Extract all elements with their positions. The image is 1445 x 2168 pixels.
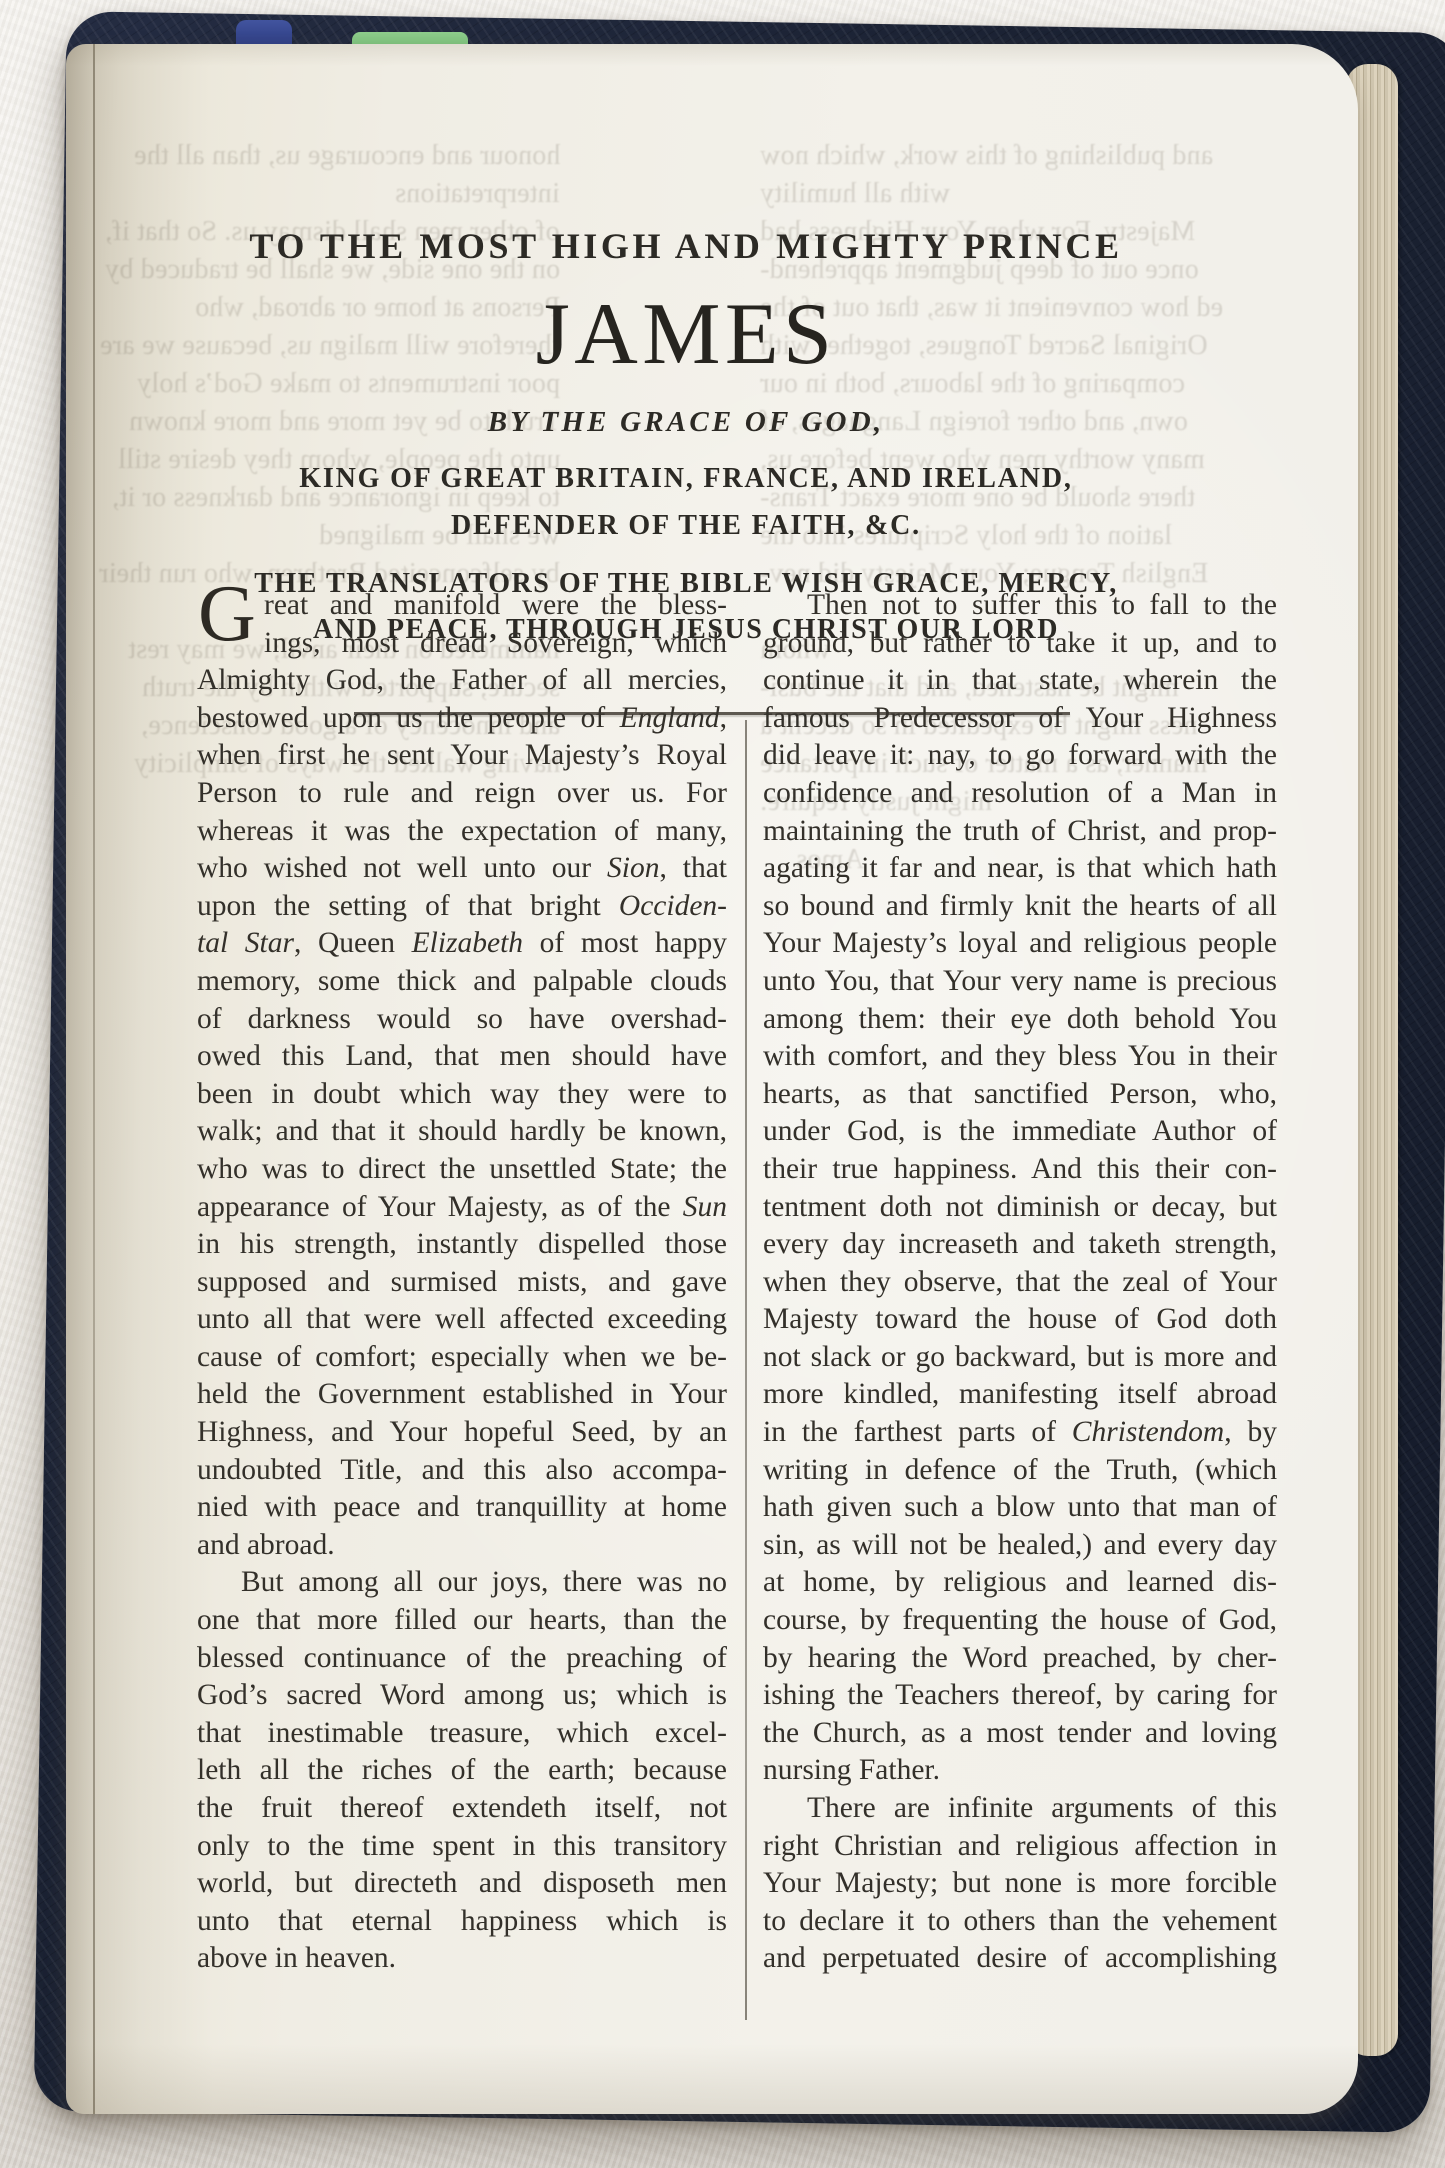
bleed-through-text: and publishing of this work, which now: [760, 140, 1213, 172]
gutter-crease: [93, 44, 95, 2114]
page-bottom-shade: [66, 2044, 1358, 2114]
king-name: JAMES: [144, 284, 1228, 385]
text-line: Majesty toward the house of God doth: [763, 1301, 1277, 1339]
text-line: been in doubt which way they were to: [197, 1076, 727, 1114]
text-line: But among all our joys, there was no: [197, 1564, 727, 1602]
text-line: world, but directeth and disposeth men: [197, 1865, 727, 1903]
text-line: Your Majesty’s loyal and religious peopl…: [763, 925, 1277, 963]
text-line: who wished not well unto our Sion, that: [197, 850, 727, 888]
text-line: so bound and firmly knit the hearts of a…: [763, 888, 1277, 926]
text-line: course, by frequenting the house of God,: [763, 1602, 1277, 1640]
bleed-through-text: with all humility: [760, 178, 950, 210]
text-line: with comfort, and they bless You in thei…: [763, 1038, 1277, 1076]
text-line: that inestimable treasure, which excel-: [197, 1715, 727, 1753]
text-line: tal Star, Queen Elizabeth of most happy: [197, 925, 727, 963]
text-line: the fruit thereof extendeth itself, not: [197, 1790, 727, 1828]
book-page: honour and encourage us, than all theint…: [66, 44, 1358, 2114]
text-line: agating it far and near, is that which h…: [763, 850, 1277, 888]
text-line: nied with peace and tranquillity at home: [197, 1489, 727, 1527]
text-line: undoubted Title, and this also accompa-: [197, 1452, 727, 1490]
titles-line-1: KING OF GREAT BRITAIN, FRANCE, AND IRELA…: [144, 463, 1228, 495]
text-line: ishing the Teachers thereof, by caring f…: [763, 1677, 1277, 1715]
text-line: more kindled, manifesting itself abroad: [763, 1376, 1277, 1414]
text-line: sin, as will not be healed,) and every d…: [763, 1527, 1277, 1565]
text-line: Then not to suffer this to fall to the: [763, 587, 1277, 625]
text-line: appearance of Your Majesty, as of the Su…: [197, 1189, 727, 1227]
text-line: continue it in that state, wherein the: [763, 662, 1277, 700]
text-line: reat and manifold were the bless-: [197, 587, 727, 625]
text-line: in the farthest parts of Christendom, by: [763, 1414, 1277, 1452]
text-line: under God, is the immediate Author of: [763, 1113, 1277, 1151]
text-line: upon the setting of that bright Occiden-: [197, 888, 727, 926]
text-line: did leave it: nay, to go forward with th…: [763, 737, 1277, 775]
text-line: famous Predecessor of Your Highness: [763, 700, 1277, 738]
text-line: of darkness would so have overshad-: [197, 1001, 727, 1039]
text-line: held the Government established in Your: [197, 1376, 727, 1414]
text-line: hearts, as that sanctified Person, who,: [763, 1076, 1277, 1114]
text-line: and perpetuated desire of accomplishing: [763, 1940, 1277, 1978]
text-line: memory, some thick and palpable clouds: [197, 963, 727, 1001]
text-line: writing in defence of the Truth, (which: [763, 1452, 1277, 1490]
text-line: owed this Land, that men should have: [197, 1038, 727, 1076]
text-line: Person to rule and reign over us. For: [197, 775, 727, 813]
text-line: among them: their eye doth behold You: [763, 1001, 1277, 1039]
text-line: in his strength, instantly dispelled tho…: [197, 1226, 727, 1264]
column-divider: [745, 720, 747, 2020]
text-line: confidence and resolution of a Man in: [763, 775, 1277, 813]
text-line: when they observe, that the zeal of Your: [763, 1264, 1277, 1302]
text-line: walk; and that it should hardly be known…: [197, 1113, 727, 1151]
text-line: maintaining the truth of Christ, and pro…: [763, 813, 1277, 851]
text-line: cause of comfort; especially when we be-: [197, 1339, 727, 1377]
text-line: one that more filled our hearts, than th…: [197, 1602, 727, 1640]
text-line: the Church, as a most tender and loving: [763, 1715, 1277, 1753]
page-top-shade: [66, 44, 1358, 66]
text-line: God’s sacred Word among us; which is: [197, 1677, 727, 1715]
text-line: ground, but rather to take it up, and to: [763, 625, 1277, 663]
text-line: There are infinite arguments of this: [763, 1790, 1277, 1828]
right-column: Then not to suffer this to fall to thegr…: [763, 587, 1277, 1978]
text-line: unto all that were well affected exceedi…: [197, 1301, 727, 1339]
bleed-through-text: interpretations: [395, 178, 560, 210]
text-line: supposed and surmised mists, and gave: [197, 1264, 727, 1302]
text-line: hath given such a blow unto that man of: [763, 1489, 1277, 1527]
text-line: their true happiness. And this their con…: [763, 1151, 1277, 1189]
text-line: only to the time spent in this transitor…: [197, 1828, 727, 1866]
text-line: tentment doth not diminish or decay, but: [763, 1189, 1277, 1227]
text-line: blessed continuance of the preaching of: [197, 1640, 727, 1678]
text-line: Your Majesty; but none is more forcible: [763, 1865, 1277, 1903]
text-line: leth all the riches of the earth; becaus…: [197, 1752, 727, 1790]
text-line: not slack or go backward, but is more an…: [763, 1339, 1277, 1377]
text-line: above in heaven.: [197, 1940, 727, 1978]
titles-line-2: DEFENDER OF THE FAITH, &C.: [144, 510, 1228, 542]
text-line: to declare it to others than the vehemen…: [763, 1903, 1277, 1941]
text-line: at home, by religious and learned dis-: [763, 1564, 1277, 1602]
text-line: nursing Father.: [763, 1752, 1277, 1790]
text-line: bestowed upon us the people of England,: [197, 700, 727, 738]
left-column: Great and manifold were the bless-ings, …: [197, 587, 727, 1978]
dedication-line: TO THE MOST HIGH AND MIGHTY PRINCE: [144, 225, 1228, 267]
text-line: unto that eternal happiness which is: [197, 1903, 727, 1941]
text-line: ings, most dread Sovereign, which: [197, 625, 727, 663]
text-line: by hearing the Word preached, by cher-: [763, 1640, 1277, 1678]
text-line: every day increaseth and taketh strength…: [763, 1226, 1277, 1264]
text-line: when first he sent Your Majesty’s Royal: [197, 737, 727, 775]
grace-line: BY THE GRACE OF GOD,: [144, 406, 1228, 439]
text-line: who was to direct the unsettled State; t…: [197, 1151, 727, 1189]
gutter-shadow: [66, 44, 216, 2114]
text-line: Almighty God, the Father of all mercies,: [197, 662, 727, 700]
text-line: whereas it was the expectation of many,: [197, 813, 727, 851]
text-line: unto You, that Your very name is preciou…: [763, 963, 1277, 1001]
text-line: Highness, and Your hopeful Seed, by an: [197, 1414, 727, 1452]
text-line: and abroad.: [197, 1527, 727, 1565]
text-line: right Christian and religious affection …: [763, 1828, 1277, 1866]
